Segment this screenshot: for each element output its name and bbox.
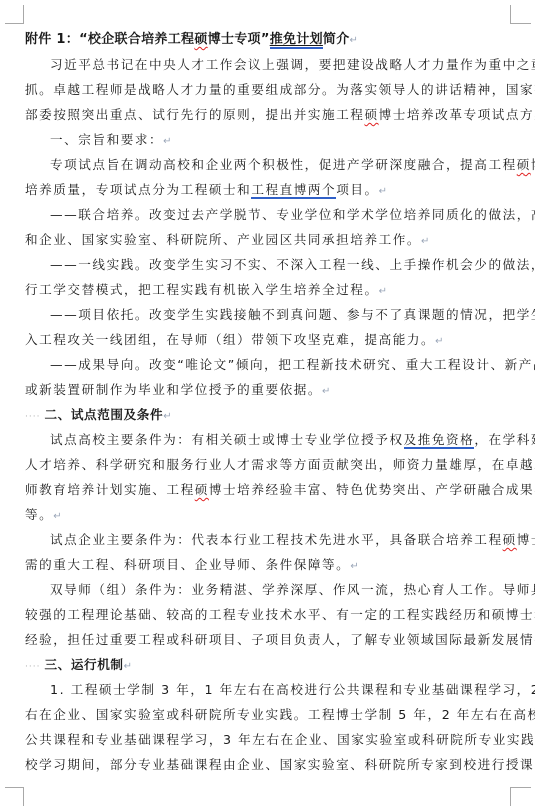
spelling-marked-word[interactable]: 硕 [517, 157, 531, 172]
paragraph-mark-icon: ↵ [53, 511, 61, 522]
text-line: 和企业、国家实验室、科研院所、产业园区共同承担培养工作。↵ [25, 227, 509, 252]
paragraph-mark-icon: ↵ [350, 561, 358, 572]
grammar-marked-text[interactable]: 及推免资格 [404, 432, 475, 449]
section-heading-1: 一、宗旨和要求：↵ [25, 127, 509, 152]
text-line: 人才培养、科学研究和服务行业人才需求等方面贡献突出，师资力量雄厚，在卓越工程 [25, 452, 509, 477]
page-corner-mark-top-left [5, 5, 24, 24]
text-line: 等。↵ [25, 502, 509, 527]
grammar-marked-underlined-text[interactable]: 推免计划 [270, 32, 323, 49]
text-line: 专项试点旨在调动高校和企业两个积极性，促进产学研深度融合，提高工程硕博士 [25, 152, 509, 177]
text-line: 双导师（组）条件为：业务精湛、学养深厚、作风一流，热心育人工作。导师具有 [25, 577, 509, 602]
text-line: 试点高校主要条件为：有相关硕士或博士专业学位授予权及推免资格，在学科建设、 [25, 427, 509, 452]
paragraph-mark-icon: ↵ [163, 411, 171, 422]
text-line: ——项目依托。改变学生实践接触不到真问题、参与不了真课题的情况，把学生纳 [25, 302, 509, 327]
paragraph-mark-icon: ↵ [163, 136, 171, 147]
paragraph-mark-icon: ↵ [322, 386, 330, 397]
text-line: 或新装置研制作为毕业和学位授予的重要依据。↵ [25, 377, 509, 402]
text-line: 试点企业主要条件为：代表本行业工程技术先进水平，具备联合培养工程硕博士所 [25, 527, 509, 552]
title-text: 简介 [323, 32, 350, 47]
text-line: 培养质量，专项试点分为工程硕士和工程直博两个项目。↵ [25, 177, 509, 202]
indent-marker-dots: ···· [25, 412, 40, 422]
text-line: ——成果导向。改变“唯论文”倾向，把工程新技术研究、重大工程设计、新产品 [25, 352, 509, 377]
page-corner-mark-bottom-left [5, 787, 24, 806]
text-line: 较强的工程理论基础、较高的工程专业技术水平、有一定的工程实践经历和硕博士培养 [25, 602, 509, 627]
paragraph-mark-icon: ↵ [435, 336, 443, 347]
text-line: 习近平总书记在中央人才工作会议上强调，要把建设战略人才力量作为重中之重来 [25, 52, 509, 77]
text-line: 抓。卓越工程师是战略人才力量的重要组成部分。为落实领导人的讲话精神，国家有关 [25, 77, 509, 102]
text-line: 入工程攻关一线团组，在导师（组）带领下攻坚克难，提高能力。↵ [25, 327, 509, 352]
page-corner-mark-top-right [510, 5, 531, 24]
text-line: ——一线实践。改变学生实习不实、不深入工程一线、上手操作机会少的做法，实 [25, 252, 509, 277]
paragraph-mark-icon: ↵ [421, 236, 429, 247]
text-line: 需的重大工程、科研项目、企业导师、条件保障等。↵ [25, 552, 509, 577]
text-line: 校学习期间，部分专业基础课程由企业、国家实验室、科研院所专家到校进行授课；在 [25, 752, 509, 777]
indent-marker-dots: ···· [25, 662, 40, 672]
title-text: 附件 1：“校企联合培养工程 [25, 32, 194, 47]
text-line: 右在企业、国家实验室或科研院所专业实践。工程博士学制 5 年，2 年左右在高校进… [25, 702, 509, 727]
paragraph-mark-icon: ↵ [379, 286, 387, 297]
text-line: 师教育培养计划实施、工程硕博士培养经验丰富、特色优势突出、产学研融合成果丰硕 [25, 477, 509, 502]
spelling-marked-word[interactable]: 硕 [503, 532, 517, 547]
spelling-marked-word[interactable]: 硕 [194, 32, 207, 47]
paragraph-mark-icon: ↵ [350, 35, 358, 46]
document-page[interactable]: 附件 1：“校企联合培养工程硕博士专项”推免计划简介↵ 习近平总书记在中央人才工… [25, 27, 509, 777]
section-heading-2: ····二、试点范围及条件↵ [25, 402, 509, 427]
section-heading-3: ····三、运行机制↵ [25, 652, 509, 677]
text-line: 部委按照突出重点、试行先行的原则，提出并实施工程硕博士培养改革专项试点方案。↵ [25, 102, 509, 127]
text-line: 行工学交替模式，把工程实践有机嵌入学生培养全过程。↵ [25, 277, 509, 302]
spelling-marked-word[interactable]: 硕 [364, 107, 378, 122]
text-line: ——联合培养。改变过去产学脱节、专业学位和学术学位培养同质化的做法，高校 [25, 202, 509, 227]
page-corner-mark-bottom-right [510, 787, 531, 806]
spelling-marked-word[interactable]: 硕 [195, 482, 209, 497]
document-title: 附件 1：“校企联合培养工程硕博士专项”推免计划简介↵ [25, 27, 509, 52]
title-text: 博士专项” [208, 32, 270, 47]
text-line: 公共课程和专业基础课程学习，3 年左右在企业、国家实验室或科研院所专业实践。在 [25, 727, 509, 752]
text-line: 经验，担任过重要工程或科研项目、子项目负责人，了解专业领域国际最新发展情况。↵ [25, 627, 509, 652]
paragraph-mark-icon: ↵ [124, 661, 132, 672]
text-line: 1. 工程硕士学制 3 年，1 年左右在高校进行公共课程和专业基础课程学习，2 … [25, 677, 509, 702]
paragraph-mark-icon: ↵ [379, 186, 387, 197]
grammar-marked-text[interactable]: 工程直博两个 [251, 182, 336, 199]
